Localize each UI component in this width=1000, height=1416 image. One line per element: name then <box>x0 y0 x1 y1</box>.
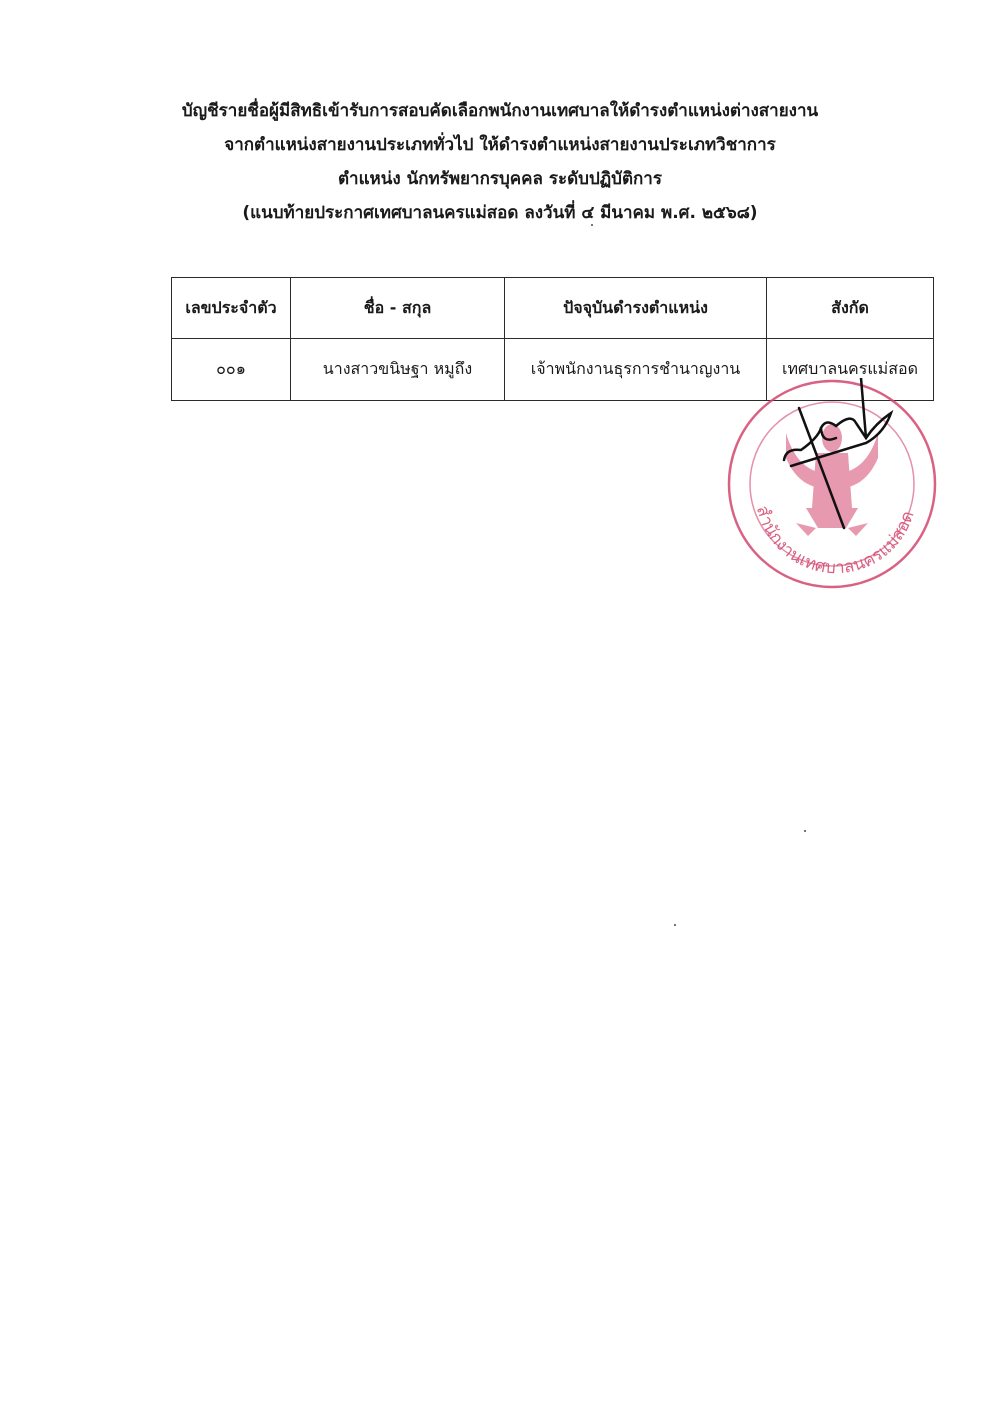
scan-speck <box>674 924 676 926</box>
title-line-4: (แนบท้ายประกาศเทศบาลนครแม่สอด ลงวันที่ ๔… <box>0 196 1000 230</box>
title-line-2: จากตำแหน่งสายงานประเภททั่วไป ให้ดำรงตำแห… <box>0 128 1000 162</box>
document-title: บัญชีรายชื่อผู้มีสิทธิเข้ารับการสอบคัดเล… <box>0 94 1000 230</box>
cell-id: ๐๐๑ <box>172 339 291 401</box>
title-line-1: บัญชีรายชื่อผู้มีสิทธิเข้ารับการสอบคัดเล… <box>0 94 1000 128</box>
header-id: เลขประจำตัว <box>172 278 291 339</box>
table-header-row: เลขประจำตัว ชื่อ - สกุล ปัจจุบันดำรงตำแห… <box>172 278 934 339</box>
header-current-position: ปัจจุบันดำรงตำแหน่ง <box>505 278 767 339</box>
header-name: ชื่อ - สกุล <box>291 278 505 339</box>
garuda-seal-icon: สำนักงานเทศบาลนครแม่สอด <box>726 378 938 590</box>
header-affiliation: สังกัด <box>767 278 934 339</box>
cell-name: นางสาวขนิษฐา หมูถึง <box>291 339 505 401</box>
scan-speck <box>591 224 593 226</box>
scan-speck <box>804 830 806 832</box>
title-line-3: ตำแหน่ง นักทรัพยากรบุคคล ระดับปฏิบัติการ <box>0 162 1000 196</box>
official-stamp: สำนักงานเทศบาลนครแม่สอด <box>726 378 938 590</box>
